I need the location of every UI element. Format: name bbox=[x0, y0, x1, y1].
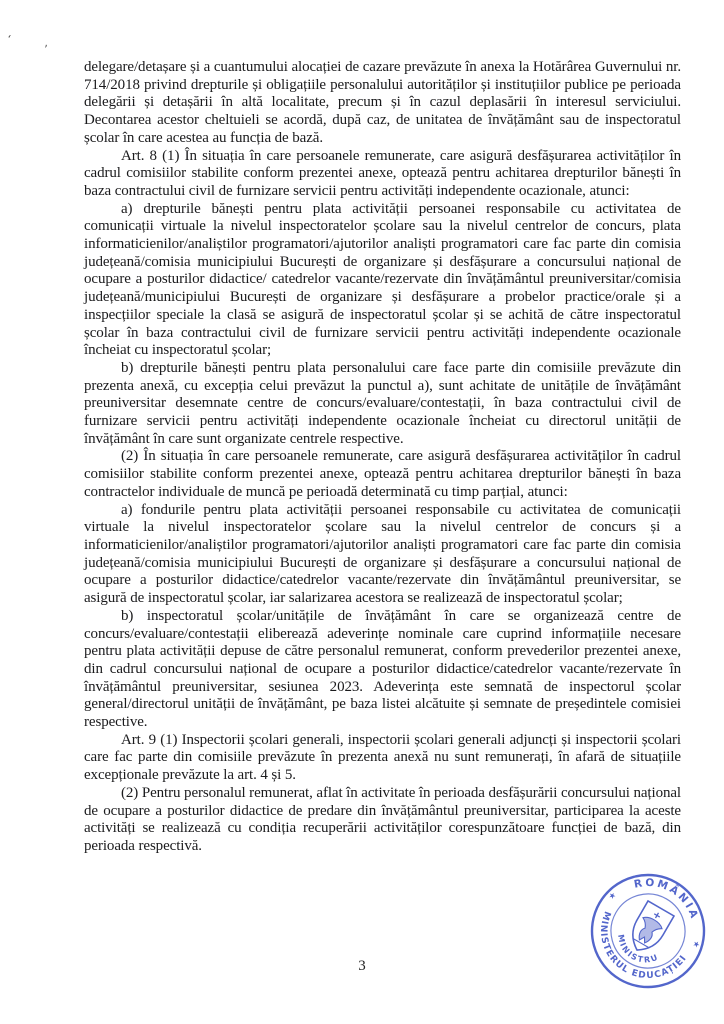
paragraph-art8-1: Art. 8 (1) În situația în care persoanel… bbox=[84, 148, 681, 201]
paragraph-art8-1-b: b) drepturile bănești pentru plata perso… bbox=[84, 360, 681, 449]
paragraph-art9-2: (2) Pentru personalul remunerat, aflat î… bbox=[84, 785, 681, 856]
paragraph-art9-1: Art. 9 (1) Inspectorii școlari generali,… bbox=[84, 732, 681, 785]
coat-of-arms-icon bbox=[624, 901, 674, 958]
scan-artifact: , bbox=[43, 36, 48, 49]
paragraph-art8-2-b: b) inspectoratul școlar/unitățile de înv… bbox=[84, 608, 681, 732]
paragraph-art8-2-a: a) fondurile pentru plata activității pe… bbox=[84, 502, 681, 608]
scan-artifact: ‘ bbox=[6, 33, 12, 46]
document-text-block: delegare/detașare și a cuantumului aloca… bbox=[84, 59, 681, 856]
paragraph-art8-2: (2) În situația în care persoanele remun… bbox=[84, 448, 681, 501]
ministry-stamp: ROMÂNIA MINISTERUL EDUCAȚIEI MINISTRU ★ … bbox=[548, 831, 724, 1024]
page-number: 3 bbox=[0, 958, 724, 975]
paragraph-continuation: delegare/detașare și a cuantumului aloca… bbox=[84, 59, 681, 148]
star-icon: ★ bbox=[691, 940, 702, 949]
paragraph-art8-1-a: a) drepturile bănești pentru plata activ… bbox=[84, 201, 681, 360]
document-page: ‘ , delegare/detașare și a cuantumului a… bbox=[0, 0, 724, 1024]
